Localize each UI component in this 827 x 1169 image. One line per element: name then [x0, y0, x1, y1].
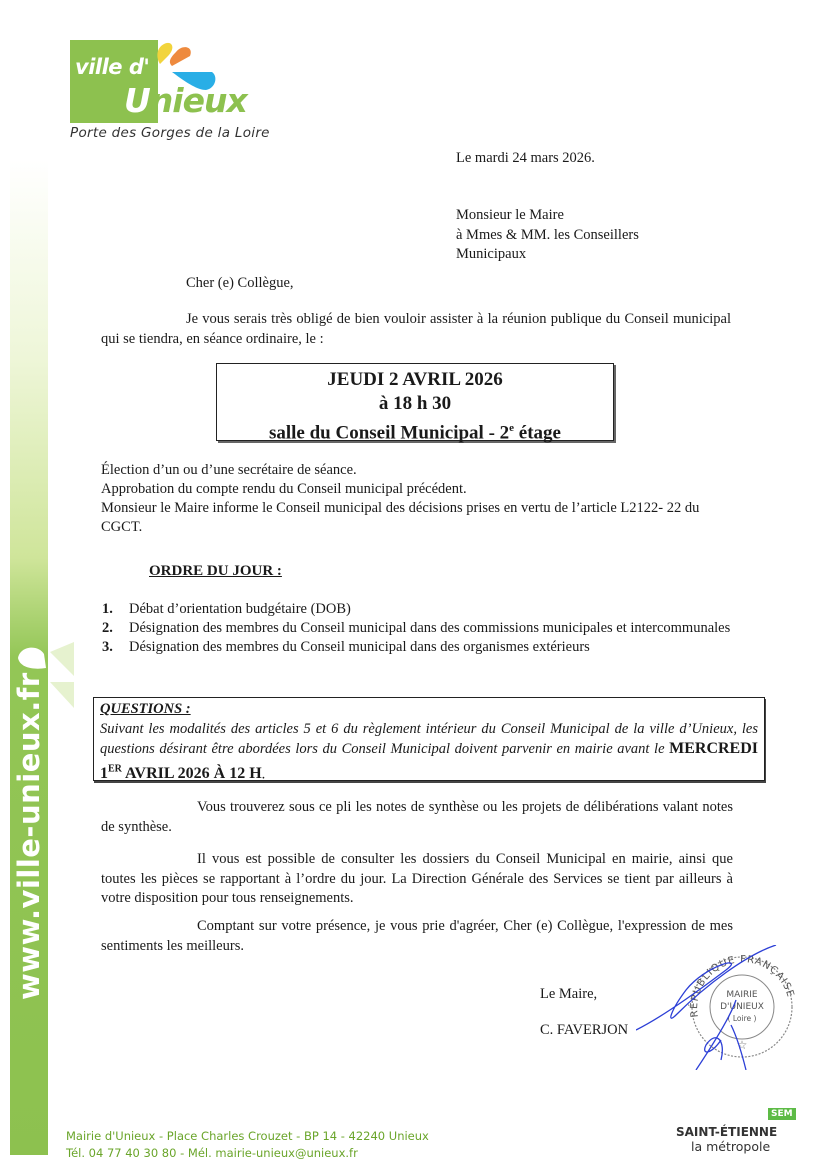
- agenda-item-number: 2.: [102, 619, 113, 638]
- intro-text: Je vous serais très obligé de bien voulo…: [101, 311, 731, 347]
- logo-unieux-rest: nieux: [150, 81, 247, 120]
- preamble-line: Approbation du compte rendu du Conseil m…: [101, 480, 733, 499]
- stamp-line2: D'UNIEUX: [720, 1002, 764, 1012]
- questions-end: .: [262, 766, 266, 782]
- questions-box: QUESTIONS : Suivant les modalités des ar…: [93, 697, 765, 781]
- footer-contact-line[interactable]: Tél. 04 77 40 30 80 - Mél. mairie-unieux…: [66, 1145, 429, 1162]
- paragraph-notes: Vous trouverez sous ce pli les notes de …: [101, 798, 733, 837]
- agenda-item-number: 1.: [102, 600, 113, 619]
- deadline-sup: ER: [108, 764, 122, 775]
- questions-title: QUESTIONS :: [100, 700, 758, 720]
- addressee-line: Municipaux: [456, 245, 639, 265]
- preamble: Élection d’un ou d’une secrétaire de séa…: [101, 461, 733, 537]
- questions-body: Suivant les modalités des articles 5 et …: [100, 720, 758, 785]
- official-stamp-icon: RÉPUBLIQUE FRANÇAISE MAIRIE D'UNIEUX ( L…: [636, 945, 806, 1070]
- agenda-title: ORDRE DU JOUR :: [149, 563, 282, 580]
- agenda-item: 2.Désignation des membres du Conseil mun…: [101, 619, 733, 638]
- meeting-place-suffix: étage: [514, 422, 561, 443]
- agenda-item-text: Débat d’orientation budgétaire (DOB): [129, 601, 351, 617]
- signature-name: C. FAVERJON: [540, 1022, 628, 1039]
- preamble-line: Monsieur le Maire informe le Conseil mun…: [101, 499, 733, 537]
- partner-subtitle: la métropole: [691, 1139, 770, 1154]
- agenda-item-text: Désignation des membres du Conseil munic…: [129, 620, 730, 636]
- footer-address-line: Mairie d'Unieux - Place Charles Crouzet …: [66, 1128, 429, 1145]
- meeting-date: JEUDI 2 AVRIL 2026: [217, 368, 613, 392]
- logo-ville-text: ville d': [75, 55, 149, 79]
- preamble-line: Élection d’un ou d’une secrétaire de séa…: [101, 461, 733, 480]
- logo-unieux-initial: U: [124, 81, 150, 120]
- agenda-item-text: Désignation des membres du Conseil munic…: [129, 639, 590, 655]
- meeting-place: salle du Conseil Municipal - 2e étage: [217, 416, 613, 445]
- agenda-item: 1.Débat d’orientation budgétaire (DOB): [101, 600, 733, 619]
- deadline-suffix: AVRIL 2026 À 12 H: [122, 765, 262, 782]
- intro-paragraph: Je vous serais très obligé de bien voulo…: [101, 310, 731, 349]
- signature-title: Le Maire,: [540, 986, 597, 1003]
- meeting-details-box: JEUDI 2 AVRIL 2026 à 18 h 30 salle du Co…: [216, 363, 614, 441]
- letter-date: Le mardi 24 mars 2026.: [456, 150, 595, 167]
- questions-body-text: Suivant les modalités des articles 5 et …: [100, 721, 758, 758]
- meeting-place-prefix: salle du Conseil Municipal - 2: [269, 422, 509, 443]
- salutation: Cher (e) Collègue,: [186, 275, 294, 292]
- addressee-line: Monsieur le Maire: [456, 206, 639, 226]
- stamp-line3: ( Loire ): [728, 1014, 757, 1023]
- addressee: Monsieur le Maire à Mmes & MM. les Conse…: [456, 206, 639, 265]
- agenda-item: 3.Désignation des membres du Conseil mun…: [101, 638, 733, 657]
- addressee-line: à Mmes & MM. les Conseillers: [456, 226, 639, 246]
- agenda-item-number: 3.: [102, 638, 113, 657]
- paragraph-consult: Il vous est possible de consulter les do…: [101, 850, 733, 909]
- logo-unieux-text: Unieux: [124, 84, 247, 117]
- sem-badge: SEM: [768, 1108, 796, 1120]
- website-url[interactable]: www.ville-unieux.fr: [12, 672, 46, 1000]
- agenda-list: 1.Débat d’orientation budgétaire (DOB) 2…: [101, 600, 733, 657]
- stamp-line1: MAIRIE: [726, 990, 757, 1000]
- partner-name: SAINT-ÉTIENNE: [676, 1125, 777, 1139]
- footer-address: Mairie d'Unieux - Place Charles Crouzet …: [66, 1128, 429, 1162]
- logo-tagline: Porte des Gorges de la Loire: [70, 125, 270, 141]
- meeting-time: à 18 h 30: [217, 392, 613, 416]
